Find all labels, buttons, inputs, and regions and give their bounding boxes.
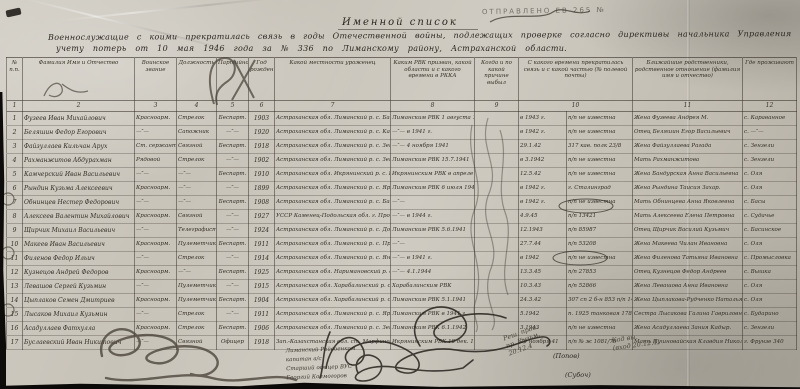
- cell-rvk: —″— в 1941 г.: [391, 126, 475, 140]
- cell-party: Беспарт.: [217, 112, 249, 126]
- cell-born: 1920: [249, 126, 275, 140]
- cell-rvk: —″— в 1944 г.: [391, 210, 475, 224]
- cell-duty: —″—: [177, 168, 217, 182]
- cell-party: Беспарт.: [217, 322, 249, 336]
- cell-birthplace: Астраханская обл. Харабалинский р. с. Бе…: [275, 294, 391, 308]
- col-number: 6: [249, 101, 275, 112]
- table-row: 14 Цыплаков Семен Дмитриев Красноарм. Пу…: [7, 294, 797, 308]
- cell-name: Рахманжитов Абдурахман: [23, 154, 135, 168]
- cell-lost-date: 12.5.42: [519, 168, 567, 182]
- cell-born: 1925: [249, 266, 275, 280]
- cell-rank: Красноарм.: [135, 294, 177, 308]
- cell-born: 1918: [249, 336, 275, 350]
- cell-duty: Стрелок: [177, 308, 217, 322]
- cell-relatives: Жена Рындина Таисия Захар.: [633, 182, 743, 196]
- cell-rvk: Лиманским РВК 15.7.1941: [391, 154, 475, 168]
- col-header-born: Год рождения: [249, 58, 275, 101]
- cell-party: Офицер: [217, 336, 249, 350]
- cell-field-post: п/п не известна: [567, 196, 633, 210]
- cell-rank: —″—: [135, 168, 177, 182]
- cell-duty: Связной: [177, 140, 217, 154]
- cell-born: 1911: [249, 308, 275, 322]
- cell-lost-date: 29.1.42: [519, 140, 567, 154]
- cell-field-post: п. 1925 танковая 1780 г.: [567, 308, 633, 322]
- cell-field-post: п/п не известна: [567, 112, 633, 126]
- cell-residence: с. Судачье: [743, 210, 797, 224]
- cell-birthplace: Астраханская обл. Лиманский р. с. Яркино: [275, 308, 391, 322]
- cell-out: [475, 266, 519, 280]
- cell-name: Алексеев Валентин Михайлович: [23, 210, 135, 224]
- cell-lost-date: в 1942 г.: [519, 126, 567, 140]
- cell-name: Рындин Кузьма Алексеевич: [23, 182, 135, 196]
- cell-out: [475, 196, 519, 210]
- cell-field-post: п/п не известна: [567, 322, 633, 336]
- cell-birthplace: Астраханская обл. Лиманский р. с. Карава…: [275, 126, 391, 140]
- col-header-num: № п.п.: [7, 58, 23, 101]
- table-row: 5 Камчерский Иван Васильевич —″— —″— Бес…: [7, 168, 797, 182]
- cell-name: Цыплаков Семен Дмитриев: [23, 294, 135, 308]
- cell-residence: с. Бударино: [743, 308, 797, 322]
- cell-party: —″—: [217, 308, 249, 322]
- table-row: 17 Буслаевский Иван Никитович —″— Связно…: [7, 336, 797, 350]
- cell-born: 1911: [249, 238, 275, 252]
- cell-rvk: Лиманским РВК 6.1.1942: [391, 322, 475, 336]
- cell-relatives: Жена Филенова Татьяна Ивановна: [633, 252, 743, 266]
- cell-name: Щирчик Михаил Васильевич: [23, 224, 135, 238]
- cell-rank: Рядовой: [135, 154, 177, 168]
- cell-row-number: 17: [7, 336, 23, 350]
- cell-born: 1902: [249, 154, 275, 168]
- cell-residence: с. Вышка: [743, 266, 797, 280]
- cell-relatives: Отец Беляшин Егор Васильевич: [633, 126, 743, 140]
- cell-rvk: Икрянинским РВК 18 дек. 1939: [391, 336, 475, 350]
- cell-out: [475, 182, 519, 196]
- cell-rvk: Лиманским РВК 5.6.1941: [391, 224, 475, 238]
- cell-born: 1927: [249, 210, 275, 224]
- cell-relatives: Жена Цыплакова-Рудченко Наталья: [633, 294, 743, 308]
- cell-birthplace: Астраханская обл. Лиманский р. с. Басы: [275, 196, 391, 210]
- cell-rvk: Лиманским РВК 6 июля 1941: [391, 182, 475, 196]
- cell-field-post: п/п 27853: [567, 266, 633, 280]
- signature-name-2: (Субоч): [565, 371, 591, 379]
- cell-row-number: 1: [7, 112, 23, 126]
- table-row: 3 Файзуллаев Кильчан Арух Ст. сержант Св…: [7, 140, 797, 154]
- cell-relatives: Сестра Лысакова Галина Гавриловна: [633, 308, 743, 322]
- cell-residence: с. Оля: [743, 238, 797, 252]
- cell-birthplace: Астраханская обл. Лиманский р. с. Зензел…: [275, 154, 391, 168]
- cell-rank: Красноарм.: [135, 182, 177, 196]
- cell-party: —″—: [217, 224, 249, 238]
- cell-born: 1903: [249, 112, 275, 126]
- cell-residence: с. Оля: [743, 182, 797, 196]
- cell-born: 1914: [249, 252, 275, 266]
- cell-row-number: 12: [7, 266, 23, 280]
- cell-birthplace: Астраханская обл. Лиманский р. с. Яндыки: [275, 252, 391, 266]
- cell-duty: Стрелок: [177, 154, 217, 168]
- cell-birthplace: Астраханская обл. Лиманский р. с. Яр-Баз…: [275, 182, 391, 196]
- col-number: 11: [633, 101, 743, 112]
- cell-duty: Пулеметчик: [177, 294, 217, 308]
- cell-residence: с. Оля: [743, 168, 797, 182]
- cell-row-number: 14: [7, 294, 23, 308]
- commissar-line: Георгий Колмогоров: [286, 372, 356, 383]
- cell-row-number: 4: [7, 154, 23, 168]
- cell-name: Беляшин Федор Егорович: [23, 126, 135, 140]
- header-row: № п.п. Фамилия Имя и Отчество Воинское з…: [7, 58, 797, 101]
- col-header-residence: Где проживают: [743, 58, 797, 101]
- cell-residence: с. Промысловка: [743, 252, 797, 266]
- cell-field-post: 317 кав. полк 23/8: [567, 140, 633, 154]
- cell-rvk: Икрянинским РВК в апреле 1941: [391, 168, 475, 182]
- cell-party: —″—: [217, 182, 249, 196]
- cell-party: Беспарт.: [217, 140, 249, 154]
- cell-duty: —″—: [177, 266, 217, 280]
- cell-party: Беспарт.: [217, 294, 249, 308]
- table-row: 13 Левашов Сергей Кузьмин —″— Пулеметчик…: [7, 280, 797, 294]
- table-row: 10 Макеев Иван Васильевич Красноарм. Пул…: [7, 238, 797, 252]
- commissar-block: Лиманский Райвоенком капитан а/с Старший…: [285, 345, 356, 383]
- cell-lost-date: в 1942 г.: [519, 196, 567, 210]
- col-number: 1: [7, 101, 23, 112]
- cell-born: 1918: [249, 140, 275, 154]
- scanned-document-photo: ОТПРАВЛЕНО ЕВ 265 № Именной список Военн…: [0, 0, 800, 389]
- table-row: 8 Алексеев Валентин Михайлович Красноарм…: [7, 210, 797, 224]
- cell-lost-date: в 1942: [519, 252, 567, 266]
- col-number: 4: [177, 101, 217, 112]
- cell-relatives: Жена Левашова Анна Ивановна: [633, 280, 743, 294]
- cell-rank: Ст. сержант: [135, 140, 177, 154]
- cell-party: —″—: [217, 126, 249, 140]
- cell-residence: с. Зензели: [743, 154, 797, 168]
- cell-row-number: 16: [7, 322, 23, 336]
- cell-row-number: 9: [7, 224, 23, 238]
- cell-born: 1915: [249, 280, 275, 294]
- cell-name: Обнинцев Нестер Федорович: [23, 196, 135, 210]
- cell-born: 1906: [249, 322, 275, 336]
- cell-field-post: п/п 53208: [567, 238, 633, 252]
- cell-lost-date: в 1943 г.: [519, 112, 567, 126]
- col-header-lost: С какого времени прекратилась связь и с …: [519, 58, 633, 101]
- cell-name: Асадуллаев Фатхулла: [23, 322, 135, 336]
- cell-out: [475, 154, 519, 168]
- col-number: 10: [519, 101, 633, 112]
- cell-rank: —″—: [135, 196, 177, 210]
- col-header-birthplace: Какой местности уроженец: [275, 58, 391, 101]
- cell-party: —″—: [217, 210, 249, 224]
- cell-duty: —″—: [177, 196, 217, 210]
- cell-lost-date: 24.3.42: [519, 294, 567, 308]
- cell-residence: с. Караванное: [743, 112, 797, 126]
- cell-born: 1899: [249, 182, 275, 196]
- postal-stamp: ОТПРАВЛЕНО ЕВ 265 №: [482, 6, 612, 16]
- cell-rvk: —″— в 1941 г.: [391, 252, 475, 266]
- cell-born: 1904: [249, 294, 275, 308]
- cell-party: —″—: [217, 280, 249, 294]
- cell-rvk: —″— 4.1.1944: [391, 266, 475, 280]
- cell-rvk: Лиманским РВК 5.1.1941: [391, 294, 475, 308]
- cell-duty: Пулеметчик: [177, 238, 217, 252]
- cell-party: —″—: [217, 252, 249, 266]
- cell-birthplace: Астраханская обл. Лиманский р. с. Басы: [275, 112, 391, 126]
- cell-field-post: г. Сталинград: [567, 182, 633, 196]
- cell-relatives: Отец Щирчик Василий Кузьмич: [633, 224, 743, 238]
- cell-duty: Сапожник: [177, 126, 217, 140]
- cell-birthplace: Астраханская обл. Лиманский р. с. Зензел…: [275, 140, 391, 154]
- col-number: 12: [743, 101, 797, 112]
- cell-row-number: 3: [7, 140, 23, 154]
- cell-out: [475, 252, 519, 266]
- cell-rvk: Лиманским РВК в 1941 г.: [391, 308, 475, 322]
- table-row: 9 Щирчик Михаил Васильевич —″— Телеграфи…: [7, 224, 797, 238]
- cell-field-post: п/п 13421: [567, 210, 633, 224]
- cell-relatives: Жена Бандурская Анна Васильевна: [633, 168, 743, 182]
- cell-born: 1910: [249, 168, 275, 182]
- cell-duty: Стрелок: [177, 252, 217, 266]
- cell-relatives: Отец Кузнецов Федор Андреев: [633, 266, 743, 280]
- cell-duty: Телеграфист: [177, 224, 217, 238]
- cell-rank: Красноарм.: [135, 238, 177, 252]
- cell-residence: с. Зензели: [743, 322, 797, 336]
- cell-row-number: 15: [7, 308, 23, 322]
- table-row: 4 Рахманжитов Абдурахман Рядовой Стрелок…: [7, 154, 797, 168]
- cell-residence: с. —″—: [743, 126, 797, 140]
- cell-field-post: 307 сп 2 б-н 853 п/п 14/35: [567, 294, 633, 308]
- cell-row-number: 5: [7, 168, 23, 182]
- cell-rvk: —″—: [391, 196, 475, 210]
- cell-row-number: 10: [7, 238, 23, 252]
- cell-lost-date: 27.7.44: [519, 238, 567, 252]
- cell-rank: —″—: [135, 252, 177, 266]
- cell-rank: —″—: [135, 280, 177, 294]
- table-row: 16 Асадуллаев Фатхулла Красноарм. Стрело…: [7, 322, 797, 336]
- cell-lost-date: 5.1942: [519, 308, 567, 322]
- cell-name: Макеев Иван Васильевич: [23, 238, 135, 252]
- cell-out: [475, 126, 519, 140]
- cell-party: Беспарт.: [217, 168, 249, 182]
- cell-rank: —″—: [135, 224, 177, 238]
- cell-lost-date: в 1942 г.: [519, 182, 567, 196]
- cell-name: Камчерский Иван Васильевич: [23, 168, 135, 182]
- cell-name: Файзуллаев Кильчан Арух: [23, 140, 135, 154]
- table-row: 1 Фузеев Иван Михайлович Красноарм. Стре…: [7, 112, 797, 126]
- cell-out: [475, 224, 519, 238]
- ink-blot: [5, 8, 21, 18]
- cell-rvk: —″— 4 ноября 1941: [391, 140, 475, 154]
- cell-row-number: 8: [7, 210, 23, 224]
- col-header-relatives: Ближайшие родственники, родственное отно…: [633, 58, 743, 101]
- cell-rvk: —″—: [391, 238, 475, 252]
- cell-duty: Стрелок: [177, 112, 217, 126]
- cell-out: [475, 238, 519, 252]
- cell-party: Беспарт.: [217, 238, 249, 252]
- cell-party: Беспарт.: [217, 266, 249, 280]
- cell-rank: —″—: [135, 308, 177, 322]
- cell-name: Филенов Федор Ильич: [23, 252, 135, 266]
- cell-birthplace: Астраханская обл. Наримановский р. с. Бу…: [275, 266, 391, 280]
- cell-lost-date: в 3.1942: [519, 154, 567, 168]
- cell-field-post: п/п не известна: [567, 252, 633, 266]
- cell-out: [475, 210, 519, 224]
- cell-out: [475, 112, 519, 126]
- col-header-name: Фамилия Имя и Отчество: [23, 58, 135, 101]
- cell-row-number: 6: [7, 182, 23, 196]
- cell-birthplace: Астраханская обл. Лиманский р. с. Промыс…: [275, 238, 391, 252]
- cell-duty: Стрелок: [177, 322, 217, 336]
- cell-lost-date: 13.3.45: [519, 266, 567, 280]
- cell-out: [475, 140, 519, 154]
- cell-lost-date: 10.3.43: [519, 280, 567, 294]
- cell-row-number: 13: [7, 280, 23, 294]
- cell-residence: с. Оля: [743, 294, 797, 308]
- cell-rank: Красноарм.: [135, 322, 177, 336]
- cell-residence: г. Фрунзе 340: [743, 336, 797, 350]
- cell-relatives: Жена Фузеева Андрея М.: [633, 112, 743, 126]
- cell-name: Фузеев Иван Михайлович: [23, 112, 135, 126]
- cell-duty: Пулеметчик: [177, 280, 217, 294]
- cell-born: 1924: [249, 224, 275, 238]
- col-header-rvk: Каким РВК призван, какой области и с как…: [391, 58, 475, 101]
- col-header-rank: Воинское звание: [135, 58, 177, 101]
- table-row: 7 Обнинцев Нестер Федорович —″— —″— Бесп…: [7, 196, 797, 210]
- cell-name: Левашов Сергей Кузьмин: [23, 280, 135, 294]
- cell-residence: с. Басинское: [743, 224, 797, 238]
- cell-relatives: Мать Рахманжитова: [633, 154, 743, 168]
- cell-birthplace: Астраханская обл. Лиманский р. с. Зензел…: [275, 322, 391, 336]
- cell-duty: Связной: [177, 336, 217, 350]
- page-title: Именной список: [338, 17, 478, 30]
- table-row: 2 Беляшин Федор Егорович —″— Сапожник —″…: [7, 126, 797, 140]
- table-row: 11 Филенов Федор Ильич —″— Стрелок —″— 1…: [7, 252, 797, 266]
- col-header-party: Партийность: [217, 58, 249, 101]
- cell-residence: с. Басы: [743, 196, 797, 210]
- cell-birthplace: УССР Каменец-Подольская обл. г. Проскуро…: [275, 210, 391, 224]
- col-number: 8: [391, 101, 475, 112]
- col-header-duty: Должность: [177, 58, 217, 101]
- cell-out: [475, 308, 519, 322]
- cell-relatives: Мать Алексеева Елена Петровна: [633, 210, 743, 224]
- cell-rank: Красноарм.: [135, 266, 177, 280]
- cell-duty: Связной: [177, 210, 217, 224]
- signature-name-1: (Попов): [553, 352, 580, 360]
- cell-birthplace: Астраханская обл. Харабалинский р. с. Ку…: [275, 280, 391, 294]
- cell-party: Беспарт.: [217, 196, 249, 210]
- cell-out: [475, 168, 519, 182]
- col-header-out: Когда и по какой причине выбыл: [475, 58, 519, 101]
- cell-relatives: Мать Обнинцева Анна Яковлевна: [633, 196, 743, 210]
- column-numbers-row: 1 2 3 4 5 6 7 8 9 10 11 12: [7, 101, 797, 112]
- cell-party: —″—: [217, 154, 249, 168]
- cell-field-post: п/п не известна: [567, 154, 633, 168]
- cell-rank: Красноарм.: [135, 210, 177, 224]
- cell-rank: Красноарм.: [135, 112, 177, 126]
- table-row: 12 Кузнецов Андрей Федоров Красноарм. —″…: [7, 266, 797, 280]
- cell-lost-date: 4.9.45: [519, 210, 567, 224]
- col-number: 5: [217, 101, 249, 112]
- cell-residence: с. Оля: [743, 280, 797, 294]
- cell-duty: —″—: [177, 182, 217, 196]
- cell-rank: —″—: [135, 336, 177, 350]
- cell-birthplace: Астраханская обл. Икрянинский р. с. Басс…: [275, 168, 391, 182]
- cell-row-number: 11: [7, 252, 23, 266]
- cell-out: [475, 294, 519, 308]
- photo-edge-bottom: [0, 382, 800, 389]
- cell-residence: с. Зензели: [743, 140, 797, 154]
- col-number: 2: [23, 101, 135, 112]
- table-row: 6 Рындин Кузьма Алексеевич Красноарм. —″…: [7, 182, 797, 196]
- cell-field-post: п/п не известна: [567, 126, 633, 140]
- cell-name: Лысаков Михаил Кузьмин: [23, 308, 135, 322]
- cell-relatives: Жена Файзуллаева Рагада: [633, 140, 743, 154]
- table-row: 15 Лысаков Михаил Кузьмин —″— Стрелок —″…: [7, 308, 797, 322]
- cell-name: Кузнецов Андрей Федоров: [23, 266, 135, 280]
- col-number: 7: [275, 101, 391, 112]
- paper-crease: [60, 0, 279, 21]
- cell-rvk: Харабалинским РВК: [391, 280, 475, 294]
- cell-field-post: п/п не известна: [567, 168, 633, 182]
- cell-birthplace: Астраханская обл. Лиманский р. с. Долбан: [275, 224, 391, 238]
- cell-relatives: Жена Макеева Чилан Ивановна: [633, 238, 743, 252]
- cell-rvk: Лиманским РВК 1 августа 1942: [391, 112, 475, 126]
- cell-out: [475, 280, 519, 294]
- cell-field-post: п/п 52866: [567, 280, 633, 294]
- roster-table: № п.п. Фамилия Имя и Отчество Воинское з…: [6, 57, 797, 350]
- col-number: 3: [135, 101, 177, 112]
- cell-field-post: п/п 85987: [567, 224, 633, 238]
- cell-lost-date: 12.1943: [519, 224, 567, 238]
- cell-name: Буслаевский Иван Никитович: [23, 336, 135, 350]
- cell-born: 1908: [249, 196, 275, 210]
- cell-row-number: 2: [7, 126, 23, 140]
- intro-line-2: учету потерь от 10 мая 1946 года за № 33…: [56, 44, 656, 53]
- col-number: 9: [475, 101, 519, 112]
- cell-rank: —″—: [135, 126, 177, 140]
- cell-row-number: 7: [7, 196, 23, 210]
